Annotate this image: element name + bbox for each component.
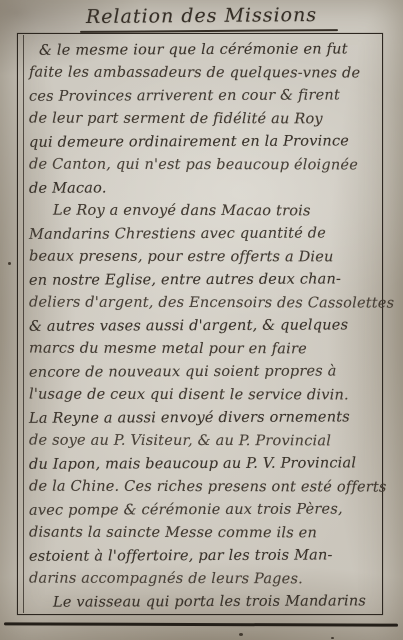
manuscript-line: de soye au P. Visiteur, & au P. Provinci… bbox=[29, 430, 381, 454]
manuscript-line: ces Provinces arriverent en cour & firen… bbox=[29, 84, 381, 109]
manuscript-line: de leur part serment de fidélité au Roy bbox=[29, 108, 381, 132]
manuscript-line: de Macao. bbox=[29, 176, 381, 201]
manuscript-line: darins accompagnés de leurs Pages. bbox=[29, 568, 381, 592]
manuscript-line: de la Chine. Ces riches presens ont esté… bbox=[29, 476, 381, 500]
manuscript-line: Le Roy a envoyé dans Macao trois bbox=[29, 200, 381, 224]
manuscript-line: en nostre Eglise, entre autres deux chan… bbox=[29, 268, 381, 293]
ink-speck bbox=[8, 262, 11, 265]
manuscript-line: & autres vases aussi d'argent, & quelque… bbox=[29, 314, 381, 339]
manuscript-line: deliers d'argent, des Encensoirs des Cas… bbox=[29, 292, 381, 316]
ink-speck bbox=[239, 633, 243, 636]
page-title: Relation des Missions bbox=[0, 3, 403, 29]
manuscript-line: & le mesme iour que la cérémonie en fut bbox=[29, 38, 381, 63]
manuscript-line: qui demeure ordinairement en la Province bbox=[29, 130, 381, 155]
ink-speck bbox=[331, 637, 334, 639]
manuscript-line: avec pompe & cérémonie aux trois Pères, bbox=[29, 498, 381, 523]
manuscript-page-scan: Relation des Missions & le mesme iour qu… bbox=[0, 0, 403, 640]
manuscript-line: estoient à l'offertoire, par les trois M… bbox=[29, 544, 381, 569]
manuscript-line: de Canton, qui n'est pas beaucoup éloign… bbox=[29, 154, 381, 178]
manuscript-line: Mandarins Chrestiens avec quantité de bbox=[29, 222, 381, 247]
manuscript-line: faite les ambassadeurs de quelques-vnes … bbox=[29, 62, 381, 86]
manuscript-line: beaux presens, pour estre offerts a Dieu bbox=[29, 246, 381, 270]
frame-bottom-outer-line bbox=[4, 622, 398, 626]
manuscript-line: du Iapon, mais beaucoup au P. V. Provinc… bbox=[29, 452, 381, 477]
manuscript-line: encore de nouveaux qui soient propres à bbox=[29, 360, 381, 385]
manuscript-line: La Reyne a aussi envoyé divers ornements bbox=[29, 406, 381, 431]
manuscript-line: l'usage de ceux qui disent le service di… bbox=[29, 384, 381, 408]
manuscript-text: & le mesme iour que la cérémonie en fut … bbox=[29, 39, 381, 614]
manuscript-line: Le vaisseau qui porta les trois Mandarin… bbox=[29, 590, 381, 615]
manuscript-line: disants la saincte Messe comme ils en bbox=[29, 522, 381, 546]
frame-left-inner-line bbox=[23, 35, 24, 613]
manuscript-line: marcs du mesme metal pour en faire bbox=[29, 338, 381, 362]
